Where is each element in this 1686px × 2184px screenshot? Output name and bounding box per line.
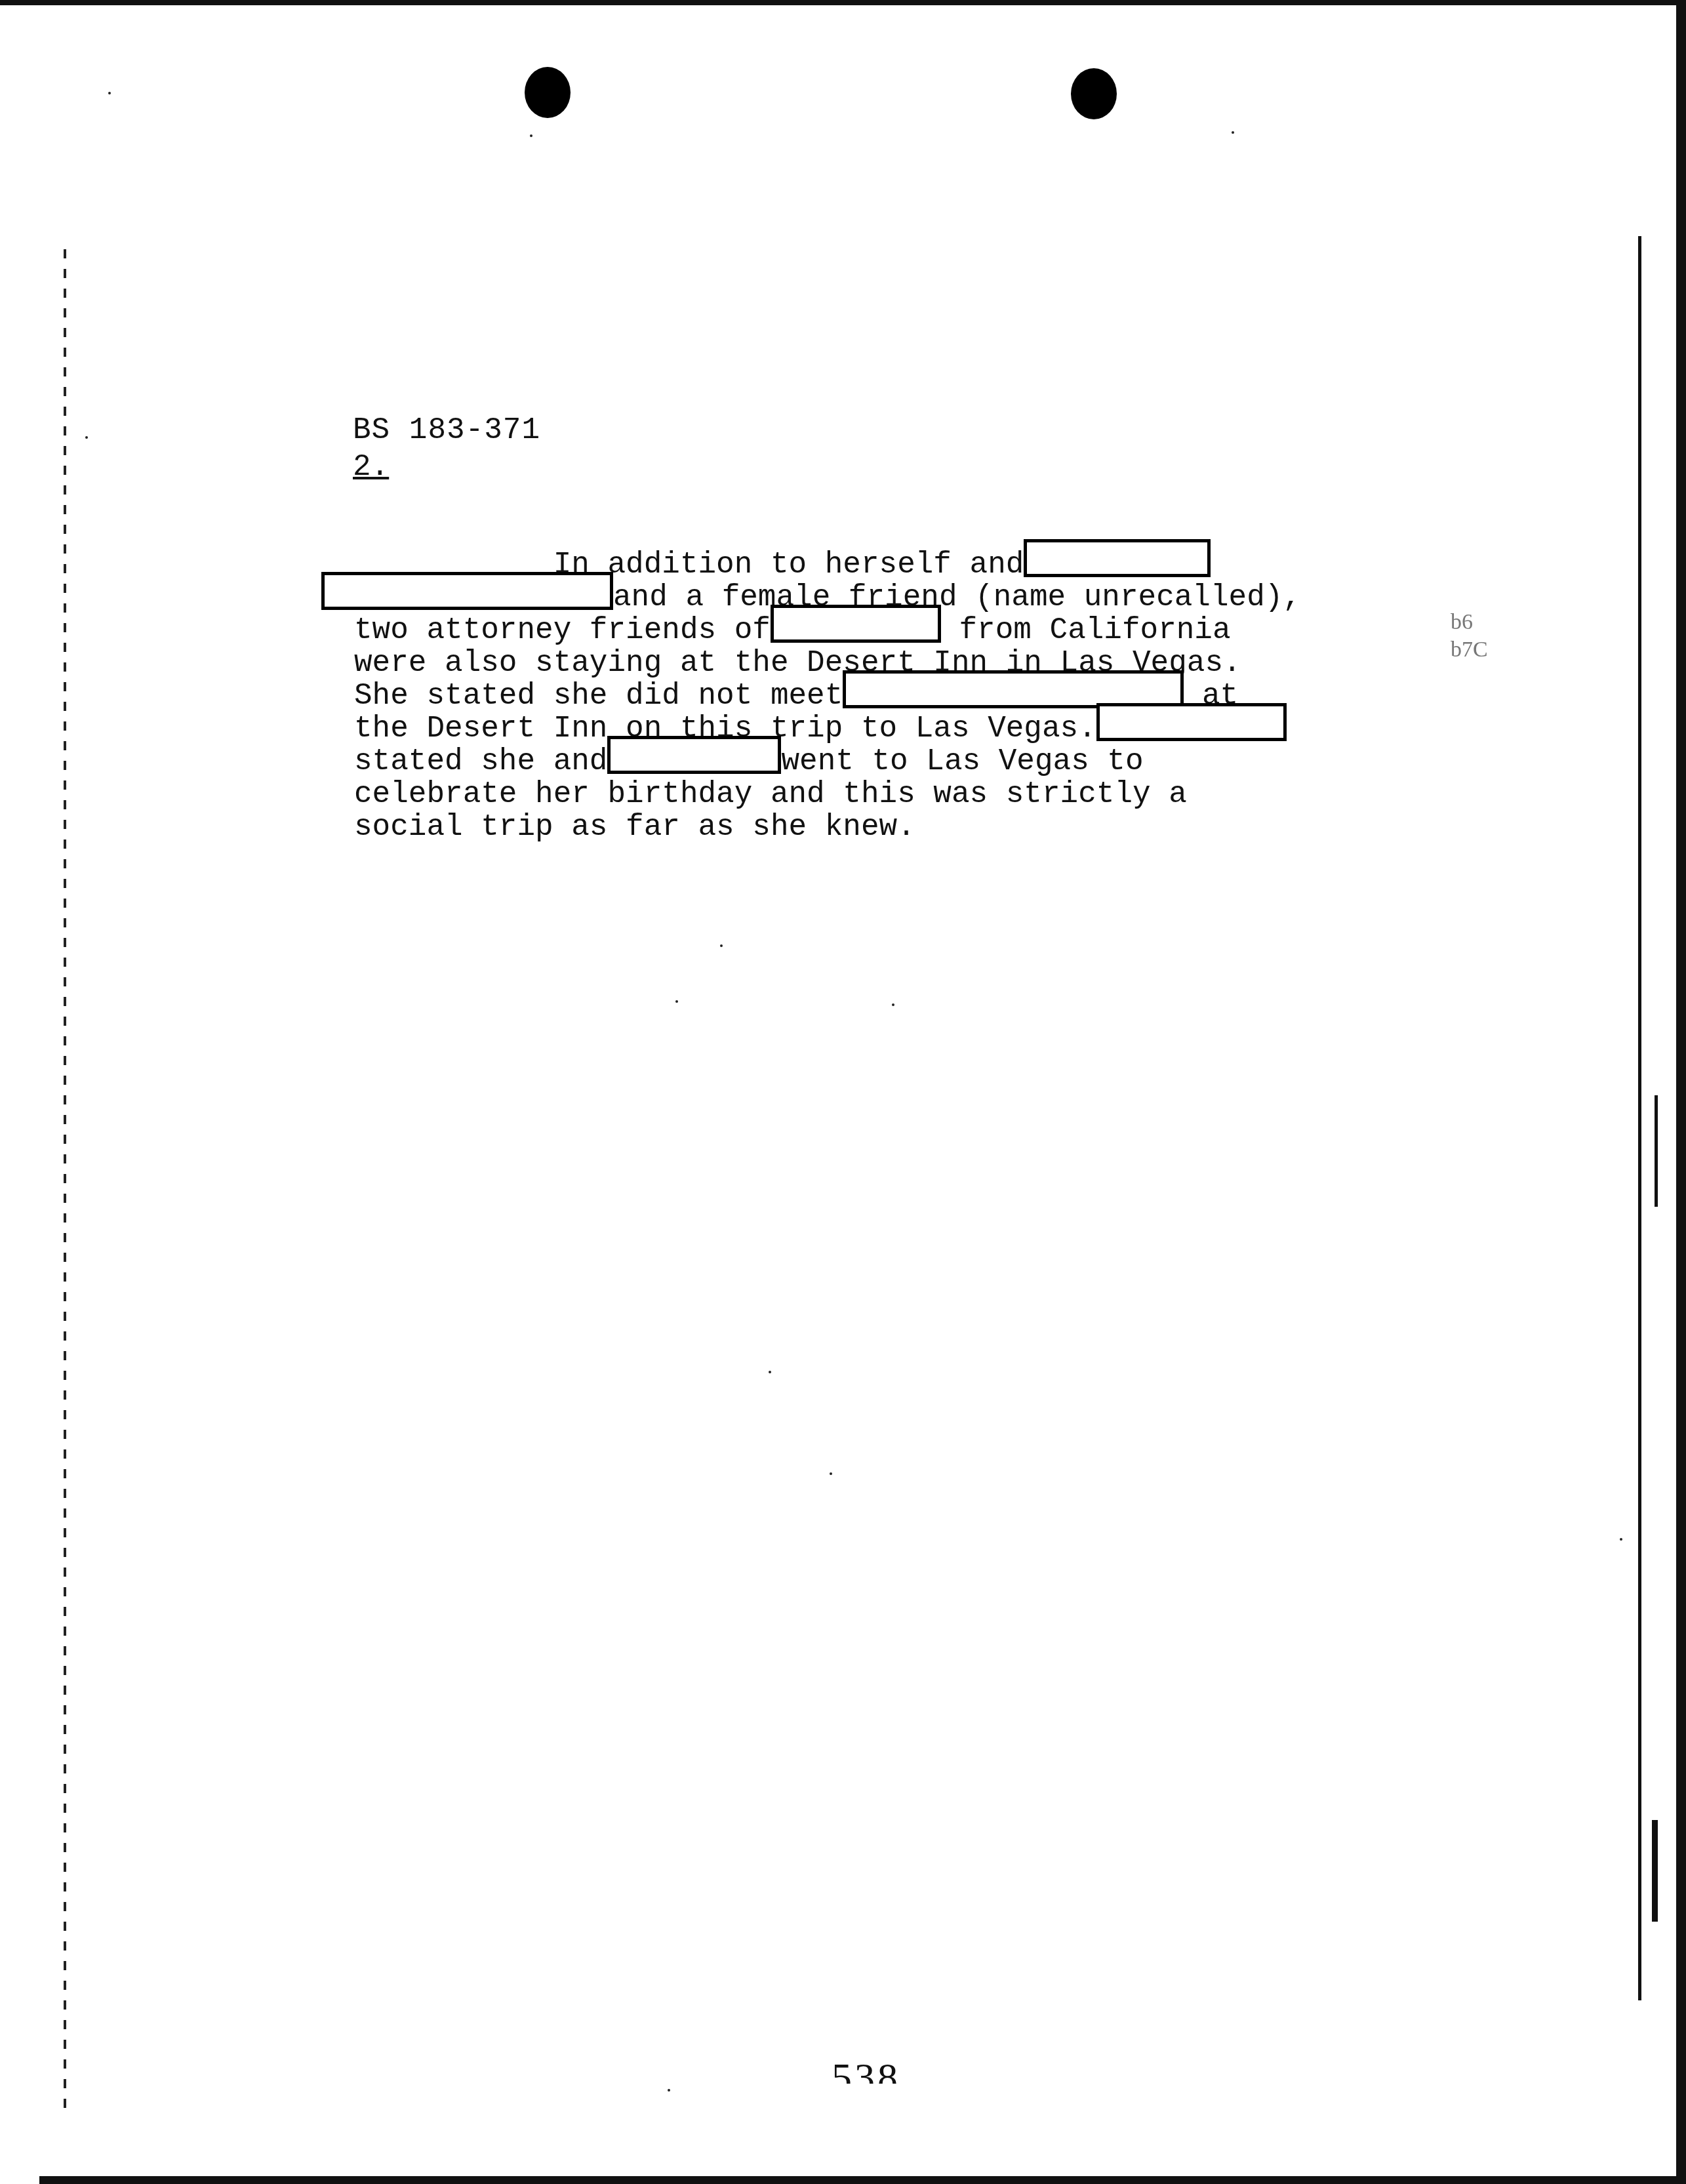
file-number: BS 183-371 bbox=[353, 413, 540, 447]
redaction-box bbox=[771, 605, 941, 643]
paragraph-line: celebrate her birthday and this was stri… bbox=[354, 778, 1334, 811]
line-text: went to Las Vegas to bbox=[781, 744, 1143, 779]
document-page: BS 183-371 2. In addition to herself and… bbox=[0, 0, 1686, 2184]
footer-page-number: 538 bbox=[832, 2055, 900, 2084]
exemption-code: b7C bbox=[1451, 636, 1488, 664]
redaction-box bbox=[1024, 539, 1211, 577]
margin-mark bbox=[1652, 1820, 1658, 1922]
exemption-code: b6 bbox=[1451, 609, 1488, 636]
scan-speck bbox=[108, 92, 111, 94]
line-text: stated she and bbox=[354, 744, 607, 779]
scan-speck bbox=[668, 2089, 670, 2092]
paragraph-line: stated she andwent to Las Vegas to bbox=[354, 745, 1334, 778]
scan-border-top bbox=[0, 0, 1686, 5]
page-label: 2. bbox=[353, 450, 389, 484]
margin-rule bbox=[1638, 236, 1641, 2000]
line-text: and a female friend (name unrecalled), bbox=[613, 580, 1301, 615]
line-text: celebrate her birthday and this was stri… bbox=[354, 777, 1187, 811]
scan-border-bottom bbox=[39, 2176, 1686, 2184]
redaction-box bbox=[607, 736, 781, 774]
scan-speck bbox=[530, 134, 532, 137]
redaction-box bbox=[321, 572, 613, 610]
scan-speck bbox=[892, 1003, 894, 1006]
scan-speck bbox=[675, 1000, 678, 1003]
scan-speck bbox=[1232, 131, 1234, 134]
paragraph-line: social trip as far as she knew. bbox=[354, 811, 1334, 843]
redaction-box bbox=[1096, 703, 1287, 741]
line-text: She stated she did not meet bbox=[354, 679, 843, 713]
hole-punch-icon bbox=[525, 67, 571, 118]
left-perforation-line bbox=[64, 249, 66, 2112]
paragraph-line: the Desert Inn on this trip to Las Vegas… bbox=[354, 712, 1334, 745]
scan-speck bbox=[85, 436, 88, 439]
paragraph-line: two attorney friends of from California bbox=[354, 614, 1334, 647]
foia-exemption-codes: b6 b7C bbox=[1451, 609, 1488, 664]
scan-border-right bbox=[1676, 0, 1686, 2184]
scan-speck bbox=[720, 944, 723, 947]
line-text: two attorney friends of bbox=[354, 613, 771, 647]
scan-speck bbox=[830, 1472, 832, 1475]
scan-speck bbox=[769, 1371, 771, 1373]
line-text: from California bbox=[941, 613, 1231, 647]
line-text: social trip as far as she knew. bbox=[354, 810, 915, 844]
scan-speck bbox=[1620, 1538, 1622, 1541]
margin-mark bbox=[1655, 1095, 1658, 1207]
report-paragraph: In addition to herself andand a female f… bbox=[354, 548, 1334, 843]
hole-punch-icon bbox=[1071, 68, 1117, 119]
